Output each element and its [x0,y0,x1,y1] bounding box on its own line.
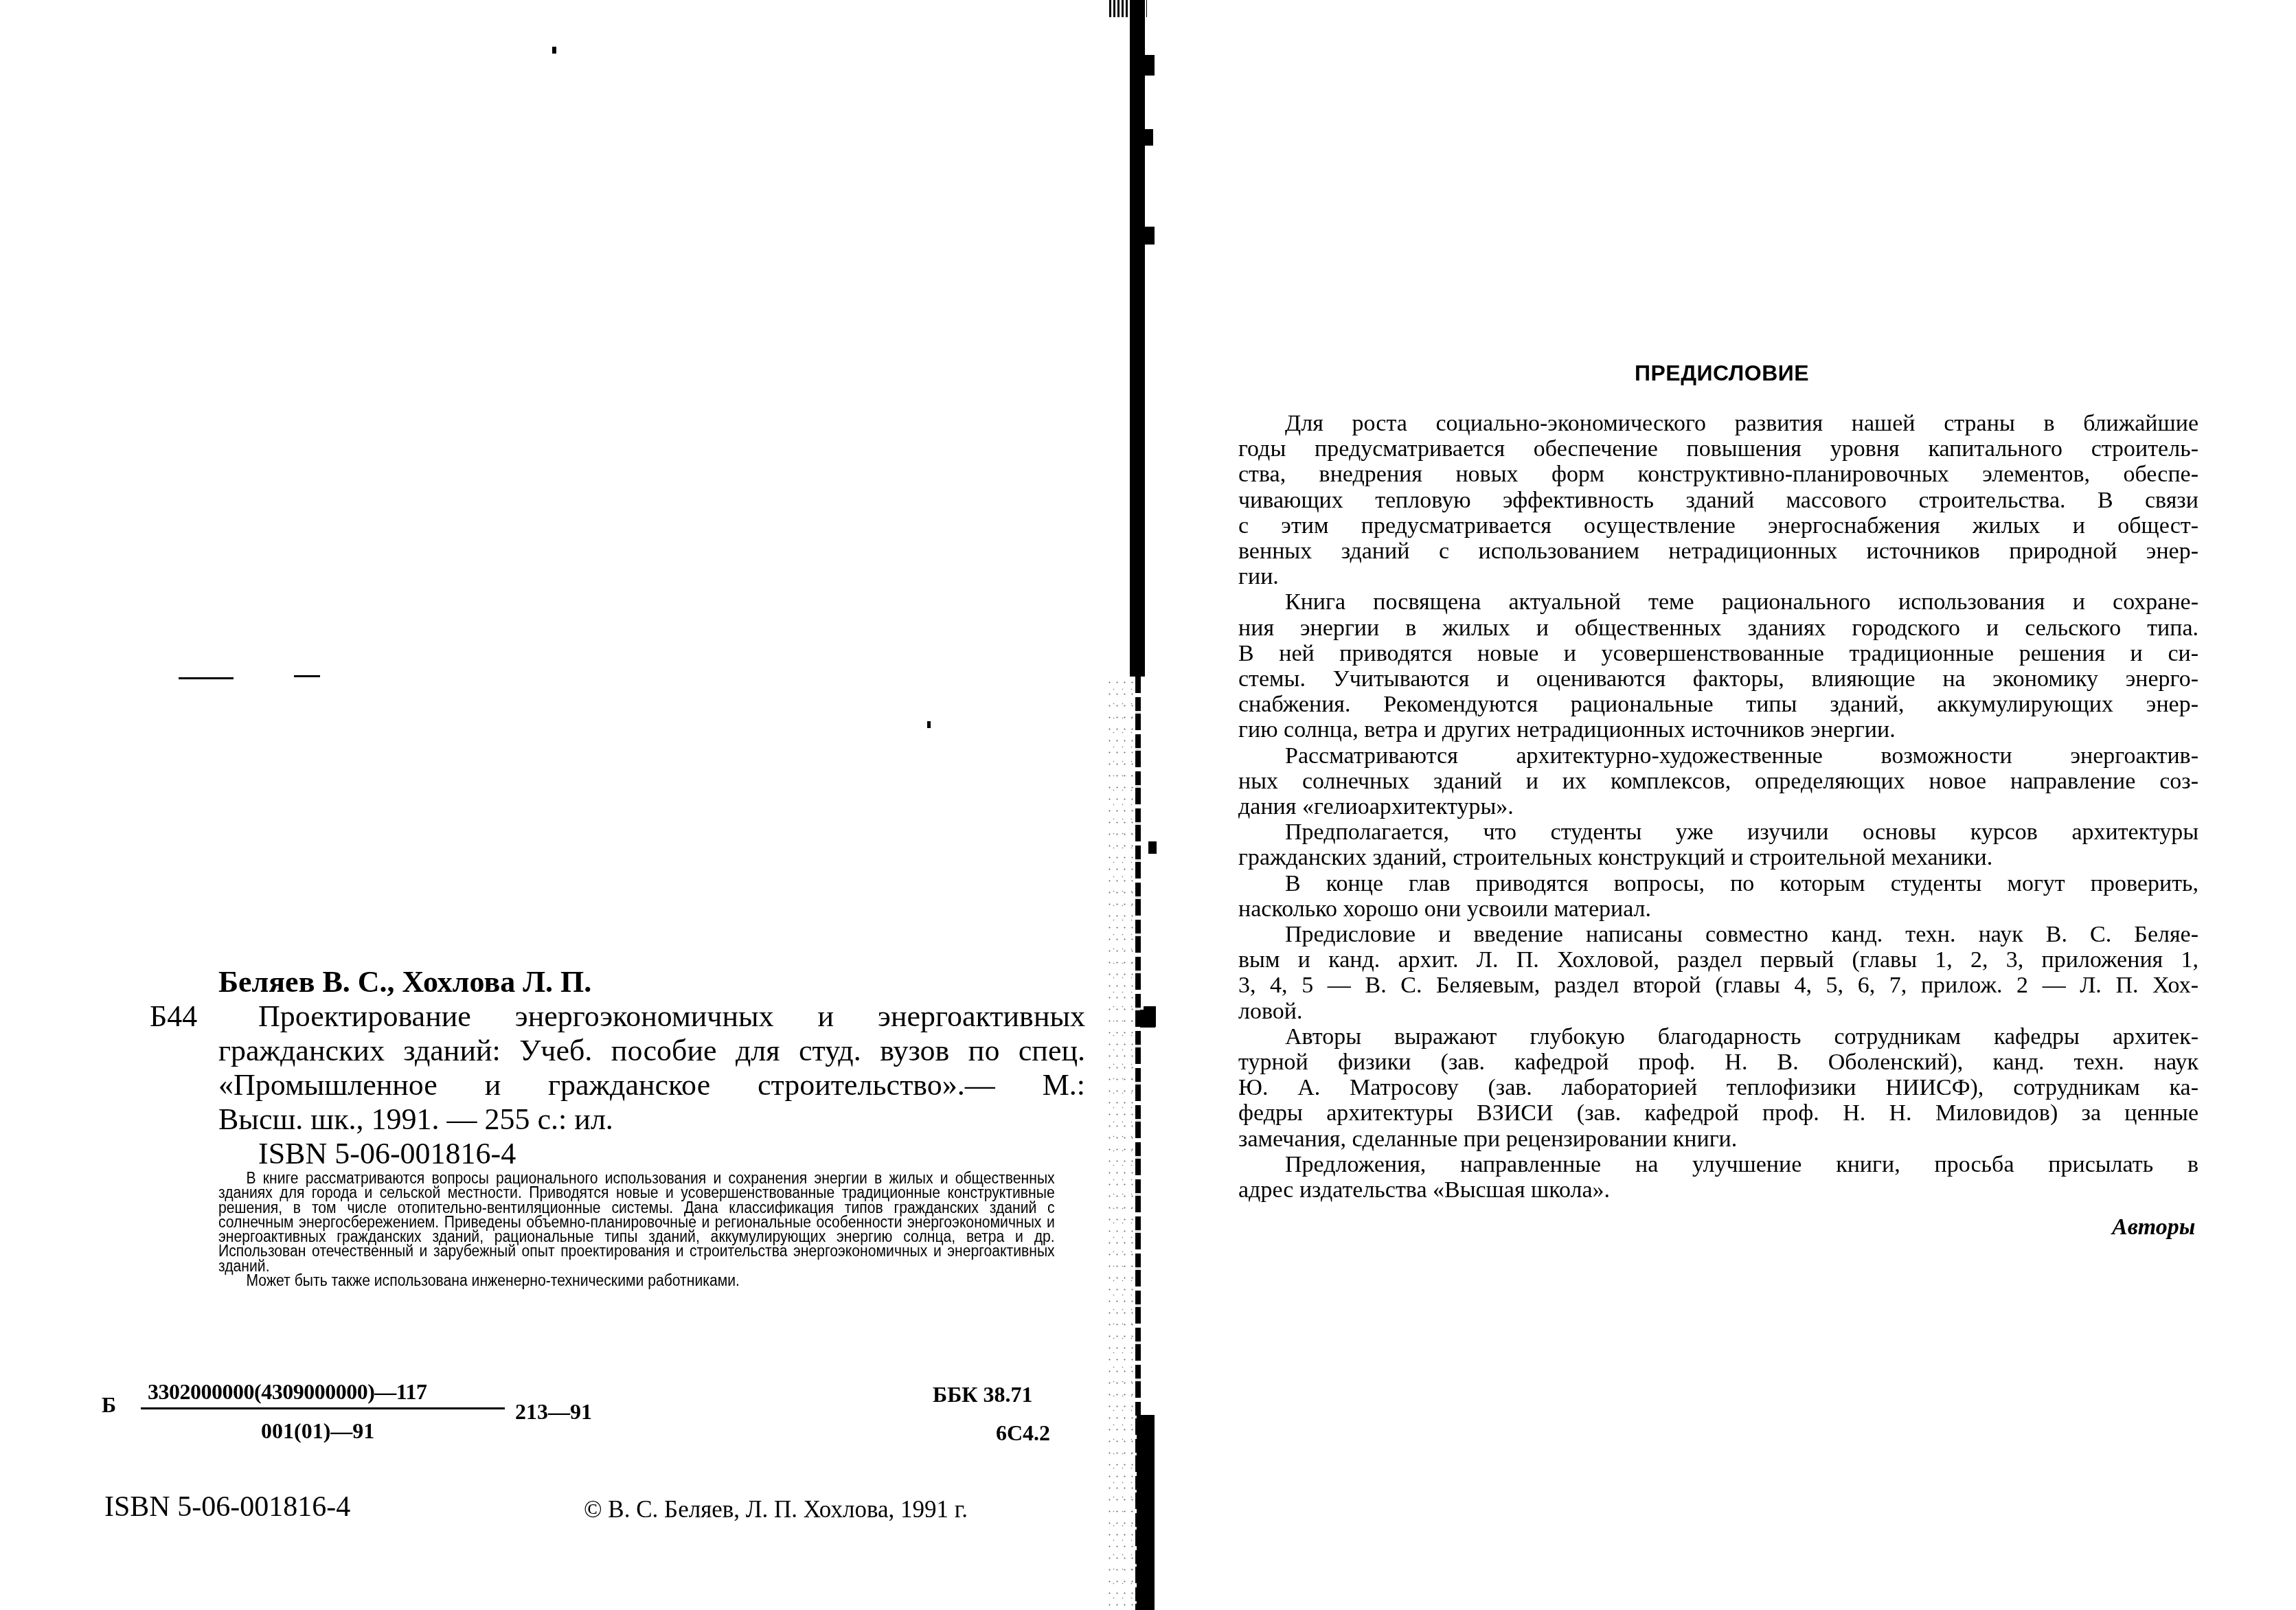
isbn-footer: ISBN 5-06-001816-4 [104,1490,350,1523]
scan-speck [1140,1010,1155,1028]
preface-line: гражданских зданий, строительных констру… [1238,845,2198,870]
scan-speck [927,721,931,728]
copyright-notice: © В. С. Беляев, Л. П. Хохлова, 1991 г. [584,1496,968,1523]
fraction-line [141,1407,505,1409]
preface-line: Ю. А. Матросову (зав. лабораторией тепло… [1238,1075,2198,1100]
preface-body: Для роста социально-экономического разви… [1238,411,2198,1203]
spine-shadow-foot [1137,1415,1155,1610]
imprint-fraction-denominator: 001(01)—91 [261,1418,374,1444]
preface-line: Рассматриваются архитектурно-художествен… [1238,743,2198,769]
preface-line: Предложения, направленные на улучшение к… [1238,1152,2198,1177]
preface-line: ных солнечных зданий и их комплексов, оп… [1238,769,2198,794]
preface-line: ния энергии в жилых и общественных здани… [1238,615,2198,641]
catalog-authors: Беляев В. С., Хохлова Л. П. [218,965,1085,999]
preface-line: федры архитектуры ВЗИСИ (зав. кафедрой п… [1238,1100,2198,1126]
preface-line: Предисловие и введение написаны совместн… [1238,922,2198,947]
preface-paragraph: Предисловие и введение написаны совместн… [1238,922,2198,1024]
imprint-fraction-suffix: 213—91 [515,1399,592,1425]
preface-line: с этим предусматривается осуществление э… [1238,513,2198,538]
preface-line: гию солнца, ветра и других нетрадиционны… [1238,717,2198,742]
preface-line: вым и канд. архит. Л. П. Хохловой, разде… [1238,947,2198,973]
preface-line: чивающих тепловую эффективность зданий м… [1238,488,2198,513]
preface-line: ства, внедрения новых форм конструктивно… [1238,462,2198,487]
preface-line: снабжения. Рекомендуются рациональные ти… [1238,692,2198,717]
page-title: ПРЕДИСЛОВИЕ [1635,361,1809,386]
spine-noise [1106,677,1133,1610]
catalog-title-line: гражданских зданий: Учеб. пособие для ст… [218,1034,1085,1068]
preface-line: замечания, сделанные при рецензировании … [1238,1126,2198,1152]
catalog-title-line: «Промышленное и гражданское строительств… [218,1068,1085,1102]
preface-line: В конце глав приводятся вопросы, по кото… [1238,871,2198,896]
preface-paragraph: Предполагается, что студенты уже изучили… [1238,819,2198,870]
scan-dash [179,677,234,679]
preface-paragraph: Авторы выражают глубокую благодарность с… [1238,1024,2198,1152]
signature: Авторы [2112,1214,2195,1240]
scan-speck [1145,55,1155,76]
preface-line: 3, 4, 5 — В. С. Беляевым, раздел второй … [1238,973,2198,998]
preface-line: венных зданий с использованием нетрадици… [1238,538,2198,564]
spine-shadow [1130,0,1145,677]
abstract-paragraph: Может быть также использована инженерно-… [218,1273,1055,1288]
imprint-letter: Б [102,1392,116,1418]
catalog-code: Б44 [150,999,197,1034]
scan-dash [294,675,320,677]
preface-line: ловой. [1238,999,2198,1024]
preface-paragraph: В конце глав приводятся вопросы, по кото… [1238,871,2198,922]
book-abstract: В книге рассматриваются вопросы рационал… [218,1171,1055,1288]
preface-line: насколько хорошо они усвоили материал. [1238,896,2198,922]
preface-paragraph: Предложения, направленные на улучшение к… [1238,1152,2198,1203]
preface-line: адрес издательства «Высшая школа». [1238,1177,2198,1203]
catalog-title-line: Высш. шк., 1991. — 255 с.: ил. [218,1102,1085,1137]
udc-code: 6С4.2 [996,1420,1050,1446]
preface-paragraph: Для роста социально-экономического разви… [1238,411,2198,589]
preface-line: Авторы выражают глубокую благодарность с… [1238,1024,2198,1050]
imprint-fraction-numerator: 3302000000(4309000000)—117 [148,1379,427,1405]
preface-paragraph: Рассматриваются архитектурно-художествен… [1238,743,2198,820]
preface-line: Предполагается, что студенты уже изучили… [1238,819,2198,845]
preface-paragraph: Книга посвящена актуальной теме рационал… [1238,589,2198,742]
preface-line: Для роста социально-экономического разви… [1238,411,2198,436]
scan-speck [552,47,556,54]
catalog-card: Беляев В. С., Хохлова Л. П. Б44 Проектир… [218,965,1085,1171]
preface-line: В ней приводятся новые и усовершенствова… [1238,641,2198,666]
preface-line: стемы. Учитываются и оцениваются факторы… [1238,666,2198,692]
bbk-code: ББК 38.71 [933,1382,1033,1407]
scan-speck [1145,227,1155,245]
preface-line: Книга посвящена актуальной теме рационал… [1238,589,2198,615]
catalog-isbn: ISBN 5-06-001816-4 [218,1137,1085,1171]
scan-speck [1145,129,1153,146]
scan-speck [1148,841,1157,854]
abstract-paragraph: В книге рассматриваются вопросы рационал… [218,1171,1055,1273]
preface-line: гии. [1238,564,2198,589]
preface-line: турной физики (зав. кафедрой проф. Н. В.… [1238,1050,2198,1075]
preface-line: дания «гелиоархитектуры». [1238,794,2198,819]
preface-line: годы предусматривается обеспечение повыш… [1238,436,2198,462]
catalog-title-line: Проектирование энергоэкономичных и энерг… [218,999,1085,1034]
